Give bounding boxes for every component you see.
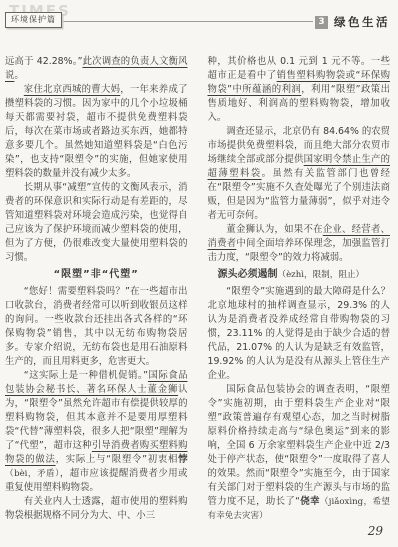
article-body: 远高于 42.28%。”此次调查的负责人文衡风说。家住北京西城的曹大妈，一年来养… — [5, 55, 390, 523]
page-number: 29 — [368, 524, 383, 538]
text-run: “您好！需要塑料袋吗？”在一些超市出口收款台，消费者经常可以听到收银员这样的询问… — [5, 286, 188, 367]
text-run: “限塑令”实施遇到的最大障碍是什么？北京地球村的抽样调查显示，29.3% 的人认… — [208, 286, 391, 381]
text-run: 。 — [14, 70, 23, 81]
section-heading: “限塑”非“代塑” — [5, 268, 188, 282]
text-run: 董金狮认为，如果不在 — [226, 224, 322, 235]
chapter-title: 绿色生活 — [334, 14, 390, 30]
text-run: 源头必须遏制 — [218, 269, 278, 280]
text-run: 国际食品包装协会的调查表明，“限塑令”实施初期，由于塑料袋生产企业对“限塑”政策… — [208, 384, 391, 507]
paragraph: 董金狮认为，如果不在企业、经营者、消费者中间全面培养环保理念，加强监管打击力度，… — [208, 223, 391, 265]
section-heading: 源头必须遏制（èzhì，限制，阻止） — [208, 268, 391, 282]
left-column: 远高于 42.28%。”此次调查的负责人文衡风说。家住北京西城的曹大妈，一年来养… — [5, 55, 188, 523]
paragraph: 有关业内人士透露，超市使用的塑料购物袋根据规格不同分为大、中、小三 — [5, 495, 188, 523]
paragraph: “限塑令”实施遇到的最大障碍是什么？北京地球村的抽样调查显示，29.3% 的人认… — [208, 285, 391, 383]
right-column: 种，其价格也从 0.1 元到 1 元不等。一些超市正是看中了销售塑料购物袋或“环… — [208, 55, 391, 523]
paragraph: “这实际上是一种借机促销。”国际食品包装协会秘书长、著名环保人士董金狮认为，“限… — [5, 369, 188, 495]
paragraph: 种，其价格也从 0.1 元到 1 元不等。一些超市正是看中了销售塑料购物袋或“环… — [208, 55, 391, 125]
book-page: TIMES 环境保护篇 3 绿色生活 远高于 42.28%。”此次调查的负责人文… — [0, 0, 398, 547]
pinyin-gloss: （bèi，矛盾） — [5, 469, 60, 479]
text-run: ，一年来养成了攒塑料袋的习惯。因为家中的几个小垃圾桶每天都需要衬袋，超市不提供免… — [5, 84, 188, 179]
paragraph: “您好！需要塑料袋吗？”在一些超市出口收款台，消费者经常可以听到收银员这样的询问… — [5, 285, 188, 369]
paragraph: 家住北京西城的曹大妈，一年来养成了攒塑料袋的习惯。因为家中的几个小垃圾桶每天都需… — [5, 83, 188, 181]
chapter-header: 3 绿色生活 — [315, 14, 390, 30]
text-run: 侥幸 — [300, 496, 320, 507]
paragraph: 长期从事“减塑”宣传的文衡风表示，消费者的环保意识和实际行动是有差距的，尽管知道… — [5, 181, 188, 265]
text-run: 长期从事“减塑”宣传的文衡风表示，消费者的环保意识和实际行动是有差距的，尽管知道… — [5, 182, 188, 263]
text-run: “这实际上是一种借机促销。” — [24, 370, 148, 381]
text-run: 远高于 42.28%。” — [5, 56, 82, 67]
pinyin-gloss: （èzhì，限制，阻止） — [278, 270, 365, 280]
text-run: 悖 — [178, 454, 187, 465]
chapter-number-badge: 3 — [315, 16, 328, 29]
paragraph: 调查还显示，北京仍有 84.64% 的农贸市场提供免费塑料袋，而且绝大部分农贸市… — [208, 125, 391, 223]
text-run: “限塑”非“代塑” — [54, 269, 139, 280]
text-run: 有关业内人士透露，超市使用的塑料购物袋根据规格不同分为大、中、小三 — [5, 496, 188, 521]
text-run: ，实际上与“限塑令”初衷相 — [56, 454, 179, 465]
paragraph: 远高于 42.28%。”此次调查的负责人文衡风说。 — [5, 55, 188, 83]
section-label: 环境保护篇 — [5, 12, 62, 28]
paragraph: 国际食品包装协会的调查表明，“限塑令”实施初期，由于塑料袋生产企业对“限塑”政策… — [208, 383, 391, 523]
underlined-text: 家住北京西城的曹大妈 — [24, 84, 120, 95]
